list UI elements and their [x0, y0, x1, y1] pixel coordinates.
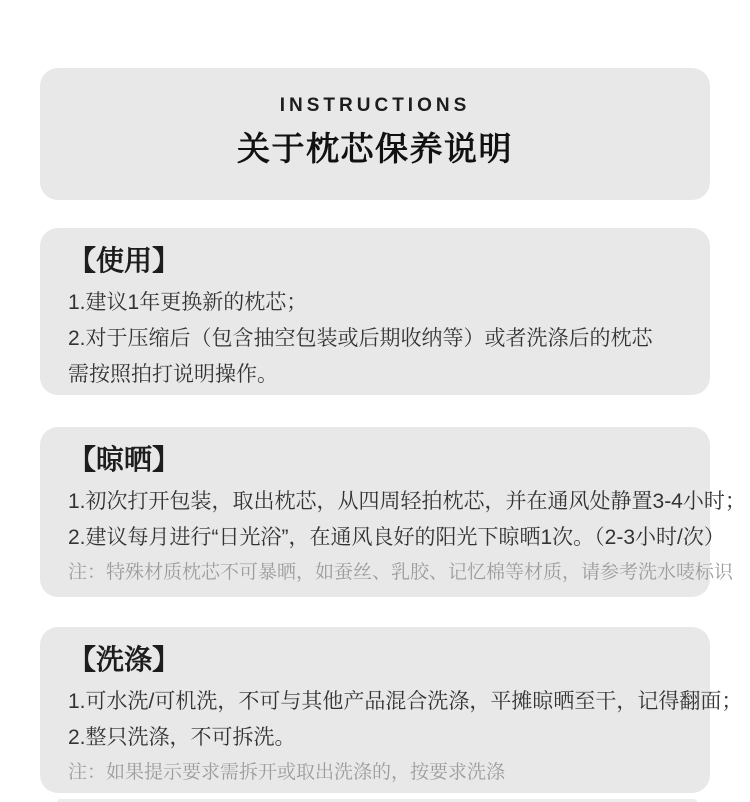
sun-drying-line-2: 2.建议每月进行“日光浴”，在通风良好的阳光下晾晒1次。（2-3小时/次）	[68, 520, 682, 556]
sun-drying-line-1: 1.初次打开包装，取出枕芯，从四周轻拍枕芯，并在通风处静置3-4小时；	[68, 484, 682, 520]
section-body-sun-drying: 1.初次打开包装，取出枕芯，从四周轻拍枕芯，并在通风处静置3-4小时； 2.建议…	[68, 484, 682, 588]
section-heading-usage: 【使用】	[68, 244, 682, 278]
page-title: 关于枕芯保养说明	[40, 123, 710, 170]
usage-line-2: 2.对于压缩后（包含抽空包装或后期收纳等）或者洗涤后的枕芯	[68, 321, 682, 357]
pillow-care-instructions-page: INSTRUCTIONS 关于枕芯保养说明 【使用】 1.建议1年更换新的枕芯；…	[0, 68, 750, 802]
section-heading-sun-drying: 【晾晒】	[68, 443, 682, 477]
section-card-sun-drying: 【晾晒】 1.初次打开包装，取出枕芯，从四周轻拍枕芯，并在通风处静置3-4小时；…	[40, 427, 710, 597]
usage-line-3: 需按照拍打说明操作。	[68, 357, 682, 393]
section-heading-washing: 【洗涤】	[68, 643, 682, 677]
section-body-washing: 1.可水洗/可机洗，不可与其他产品混合洗涤，平摊晾晒至干，记得翻面； 2.整只洗…	[68, 684, 682, 788]
section-card-washing: 【洗涤】 1.可水洗/可机洗，不可与其他产品混合洗涤，平摊晾晒至干，记得翻面； …	[40, 627, 710, 793]
section-body-usage: 1.建议1年更换新的枕芯； 2.对于压缩后（包含抽空包装或后期收纳等）或者洗涤后…	[68, 285, 682, 393]
washing-note: 注：如果提示要求需拆开或取出洗涤的，按要求洗涤	[68, 757, 682, 788]
washing-line-2: 2.整只洗涤，不可拆洗。	[68, 720, 682, 756]
sun-drying-note: 注：特殊材质枕芯不可暴晒，如蚕丝、乳胶、记忆棉等材质，请参考洗水唛标识	[68, 557, 682, 588]
header-eyebrow: INSTRUCTIONS	[40, 95, 710, 117]
washing-line-1: 1.可水洗/可机洗，不可与其他产品混合洗涤，平摊晾晒至干，记得翻面；	[68, 684, 682, 720]
section-card-usage: 【使用】 1.建议1年更换新的枕芯； 2.对于压缩后（包含抽空包装或后期收纳等）…	[40, 228, 710, 395]
usage-line-1: 1.建议1年更换新的枕芯；	[68, 285, 682, 321]
header-card: INSTRUCTIONS 关于枕芯保养说明	[40, 68, 710, 200]
